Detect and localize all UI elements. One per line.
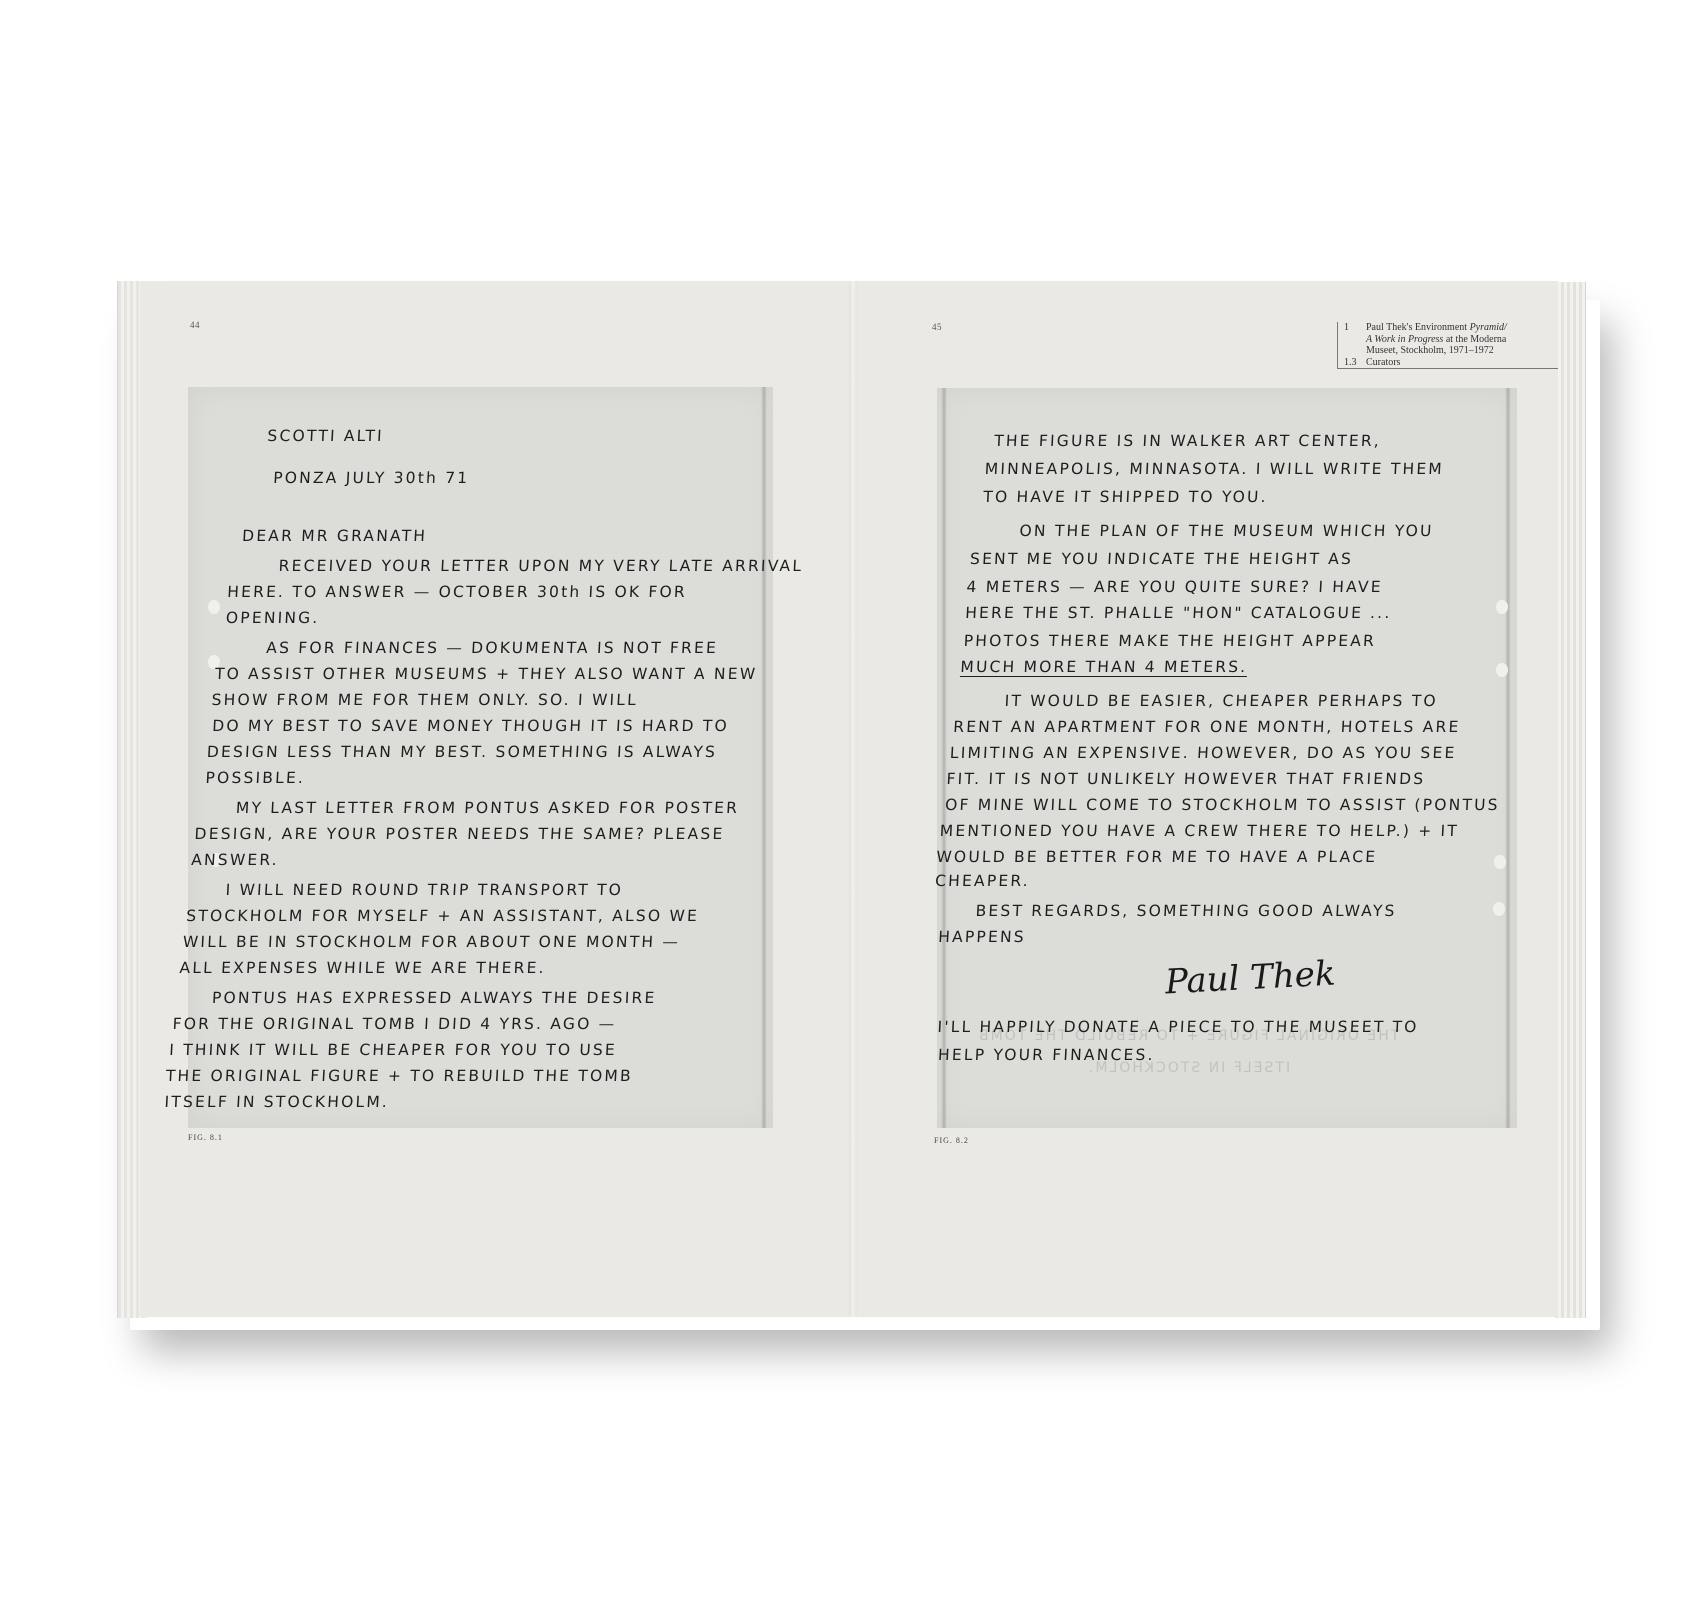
letter-line: RENT AN APARTMENT FOR ONE MONTH, HOTELS … bbox=[953, 718, 1461, 736]
letter-line: WOULD BE BETTER FOR ME TO HAVE A PLACE bbox=[936, 848, 1378, 866]
letter-date: PONZA JULY 30th 71 bbox=[273, 469, 470, 487]
letter-line: THE FIGURE IS IN WALKER ART CENTER, bbox=[994, 432, 1382, 450]
letter-line: THE ORIGINAL FIGURE + TO REBUILD THE TOM… bbox=[165, 1067, 633, 1085]
letter-line: SHOW FROM ME FOR THEM ONLY. SO. I WILL bbox=[211, 691, 638, 709]
letter-image-fig-8-1: SCOTTI ALTI PONZA JULY 30th 71 DEAR MR G… bbox=[188, 387, 773, 1128]
section-title-line-3: Museet, Stockholm, 1971–1972 bbox=[1366, 345, 1558, 357]
letter-line: TO ASSIST OTHER MUSEUMS + THEY ALSO WANT… bbox=[214, 665, 757, 683]
letter-line: FIT. IT IS NOT UNLIKELY HOWEVER THAT FRI… bbox=[946, 770, 1426, 788]
page-edges-right bbox=[1555, 282, 1586, 1318]
binder-hole bbox=[208, 600, 220, 614]
letter-line: DO MY BEST TO SAVE MONEY THOUGH IT IS HA… bbox=[212, 717, 730, 735]
section-number: 1 bbox=[1338, 322, 1366, 334]
letter-line: DESIGN LESS THAN MY BEST. SOMETHING IS A… bbox=[206, 743, 717, 761]
binder-hole bbox=[1494, 855, 1506, 869]
letter-address: SCOTTI ALTI bbox=[267, 427, 384, 445]
letter-line: 4 METERS — ARE YOU QUITE SURE? I HAVE bbox=[966, 578, 1383, 596]
letter-line: FOR THE ORIGINAL TOMB I DID 4 YRS. AGO — bbox=[172, 1015, 617, 1033]
subsection-title: Curators bbox=[1366, 357, 1558, 369]
page-number-left: 44 bbox=[190, 320, 200, 330]
letter-line: ALL EXPENSES WHILE WE ARE THERE. bbox=[179, 959, 546, 977]
letter-line: STOCKHOLM FOR MYSELF + AN ASSISTANT, ALS… bbox=[186, 907, 700, 925]
letter-line: IT WOULD BE EASIER, CHEAPER PERHAPS TO bbox=[1004, 692, 1438, 710]
letter-line: HELP YOUR FINANCES. bbox=[938, 1046, 1156, 1064]
letter-line: SENT ME YOU INDICATE THE HEIGHT AS bbox=[970, 550, 1354, 568]
letter-line: ITSELF IN STOCKHOLM. bbox=[164, 1093, 389, 1111]
letter-line: TO HAVE IT SHIPPED TO YOU. bbox=[983, 488, 1268, 506]
letter-line: ANSWER. bbox=[191, 851, 280, 869]
binder-hole bbox=[1496, 600, 1508, 614]
binder-hole bbox=[1493, 902, 1505, 916]
binder-hole bbox=[1496, 663, 1508, 677]
figure-caption-right: FIG. 8.2 bbox=[934, 1136, 969, 1145]
letter-line: PONTUS HAS EXPRESSED ALWAYS THE DESIRE bbox=[212, 989, 657, 1007]
section-title: Paul Thek's Environment Pyramid/ bbox=[1366, 322, 1558, 334]
signature: Paul Thek bbox=[1164, 954, 1336, 1003]
letter-line: MY LAST LETTER FROM PONTUS ASKED FOR POS… bbox=[235, 799, 739, 817]
letter-line: LIMITING AN EXPENSIVE. HOWEVER, DO AS YO… bbox=[949, 744, 1457, 762]
letter-line: AS FOR FINANCES — DOKUMENTA IS NOT FREE bbox=[266, 639, 719, 657]
letter-line: PHOTOS THERE MAKE THE HEIGHT APPEAR bbox=[963, 632, 1376, 650]
letter-line: RECEIVED YOUR LETTER UPON MY VERY LATE A… bbox=[278, 557, 804, 575]
letter-line: I THINK IT WILL BE CHEAPER FOR YOU TO US… bbox=[169, 1041, 618, 1059]
running-head-line-2: A Work in Progress at the Moderna bbox=[1338, 334, 1558, 346]
running-head-line-3: Museet, Stockholm, 1971–1972 bbox=[1338, 345, 1558, 357]
letter-salutation: DEAR MR GRANATH bbox=[242, 527, 428, 545]
letter-line: DESIGN, ARE YOUR POSTER NEEDS THE SAME? … bbox=[194, 825, 725, 843]
paper-fold bbox=[941, 388, 947, 1128]
section-title-cont: A Work in Progress at the Moderna bbox=[1366, 334, 1558, 346]
letter-line: HAPPENS bbox=[938, 928, 1027, 946]
running-head-subsection: 1.3 Curators bbox=[1338, 357, 1558, 369]
figure-caption-left: FIG. 8.1 bbox=[188, 1133, 223, 1142]
paper-fold bbox=[1505, 388, 1511, 1128]
subsection-number: 1.3 bbox=[1338, 357, 1366, 369]
letter-line: MENTIONED YOU HAVE A CREW THERE TO HELP.… bbox=[939, 822, 1459, 840]
letter-image-fig-8-2: THE ORIGINAL FIGURE + TO REBUILD THE TOM… bbox=[937, 388, 1517, 1128]
letter-line: I WILL NEED ROUND TRIP TRANSPORT TO bbox=[225, 881, 623, 899]
letter-line: ON THE PLAN OF THE MUSEUM WHICH YOU bbox=[1019, 522, 1434, 540]
letter-line: OPENING. bbox=[225, 609, 320, 627]
letter-line: POSSIBLE. bbox=[205, 769, 306, 787]
paper-fold bbox=[761, 387, 767, 1128]
letter-line: I'LL HAPPILY DONATE A PIECE TO THE MUSEE… bbox=[937, 1018, 1419, 1036]
letter-line: BEST REGARDS, SOMETHING GOOD ALWAYS bbox=[975, 902, 1397, 920]
letter-line: CHEAPER. bbox=[935, 872, 1031, 890]
letter-line: HERE THE ST. PHALLE "HON" CATALOGUE ... bbox=[965, 604, 1392, 622]
letter-line: MINNEAPOLIS, MINNASOTA. I WILL WRITE THE… bbox=[984, 460, 1444, 478]
running-head-section: 1 Paul Thek's Environment Pyramid/ bbox=[1338, 322, 1558, 334]
running-head: 1 Paul Thek's Environment Pyramid/ A Wor… bbox=[1337, 322, 1558, 369]
letter-line: OF MINE WILL COME TO STOCKHOLM TO ASSIST… bbox=[945, 796, 1500, 814]
letter-line: HERE. TO ANSWER — OCTOBER 30th IS OK FOR bbox=[227, 583, 688, 601]
letter-line: MUCH MORE THAN 4 METERS. bbox=[960, 658, 1248, 676]
book-spine bbox=[849, 281, 857, 1317]
page-number-right: 45 bbox=[932, 322, 942, 332]
letter-line: WILL BE IN STOCKHOLM FOR ABOUT ONE MONTH… bbox=[182, 933, 680, 951]
